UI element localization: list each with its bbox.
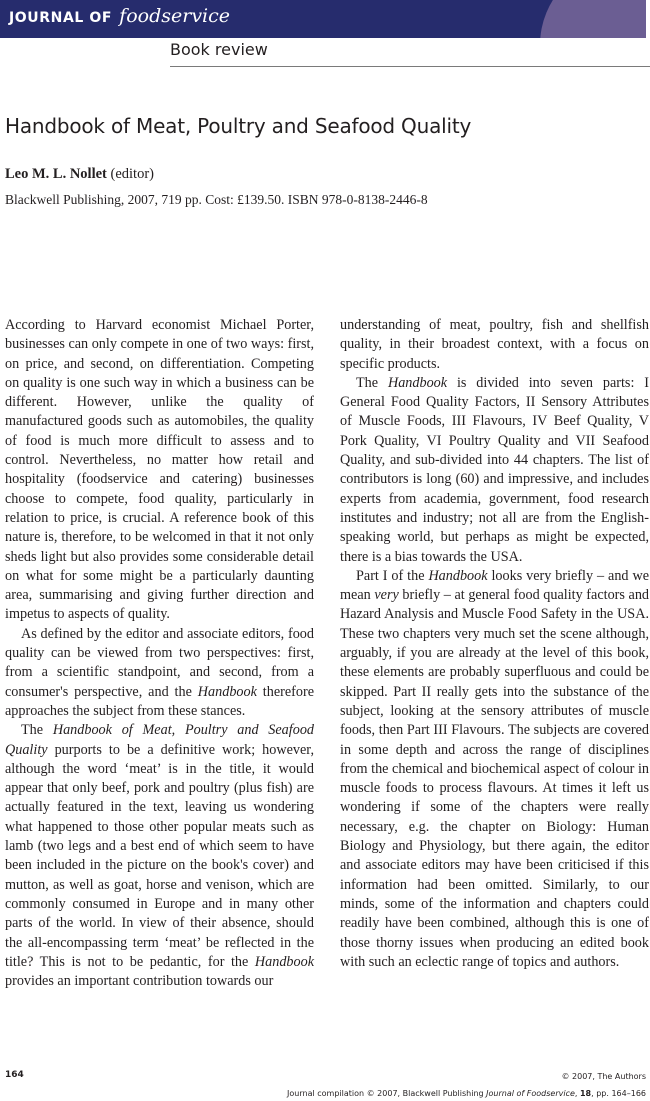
italic-text: Handbook	[255, 954, 314, 970]
text: The	[356, 375, 388, 391]
journal-name-script: foodservice	[119, 5, 230, 27]
italic-text: Handbook	[428, 568, 487, 584]
paragraph: The Handbook is divided into seven parts…	[340, 374, 649, 567]
footer-copyright-block: © 2007, The Authors Journal compilation …	[287, 1068, 646, 1101]
volume-number: 18	[580, 1089, 591, 1098]
page-range: , pp. 164–166	[591, 1089, 646, 1098]
paragraph: According to Harvard economist Michael P…	[5, 316, 314, 625]
text: is divided into seven parts: I General F…	[340, 375, 649, 565]
text: briefly – at general food quality factor…	[340, 587, 649, 970]
italic-text: very	[374, 587, 398, 603]
journal-logo: JOURNAL OF foodservice	[9, 5, 230, 27]
book-author-line: Leo M. L. Nollet (editor)	[5, 166, 154, 183]
journal-name-caps: JOURNAL OF	[9, 10, 112, 26]
header-edge	[646, 0, 650, 38]
text: Part I of the	[356, 568, 428, 584]
author-name: Leo M. L. Nollet	[5, 166, 107, 182]
text: The	[21, 722, 53, 738]
italic-text: Handbook	[388, 375, 447, 391]
section-label: Book review	[170, 40, 268, 59]
book-title: Handbook of Meat, Poultry and Seafood Qu…	[5, 114, 471, 138]
section-rule	[170, 66, 650, 67]
italic-text: Hand­book	[198, 684, 257, 700]
body-column-left: According to Harvard economist Michael P…	[5, 316, 314, 991]
journal-name-italic: Journal of Foodservice	[486, 1089, 575, 1098]
body-column-right: understanding of meat, poultry, fish and…	[340, 316, 649, 972]
header-swoosh-decoration	[540, 0, 650, 38]
text: provides an important contribution towar…	[5, 973, 273, 989]
compilation-line: Journal compilation © 2007, Blackwell Pu…	[287, 1085, 646, 1101]
paragraph: As defined by the editor and associate e…	[5, 625, 314, 721]
text: purports to be a definitive work; howeve…	[5, 742, 314, 970]
paragraph: The Handbook of Meat, Poultry and Seafoo…	[5, 721, 314, 991]
text: Journal compilation © 2007, Blackwell Pu…	[287, 1089, 486, 1098]
paragraph: understanding of meat, poultry, fish and…	[340, 316, 649, 374]
journal-header-band: JOURNAL OF foodservice	[0, 0, 650, 38]
copyright-line: © 2007, The Authors	[287, 1068, 646, 1085]
author-role: (editor)	[111, 166, 154, 182]
book-publication-info: Blackwell Publishing, 2007, 719 pp. Cost…	[5, 192, 428, 208]
page-number: 164	[5, 1070, 24, 1080]
paragraph: Part I of the Handbook looks very briefl…	[340, 567, 649, 972]
